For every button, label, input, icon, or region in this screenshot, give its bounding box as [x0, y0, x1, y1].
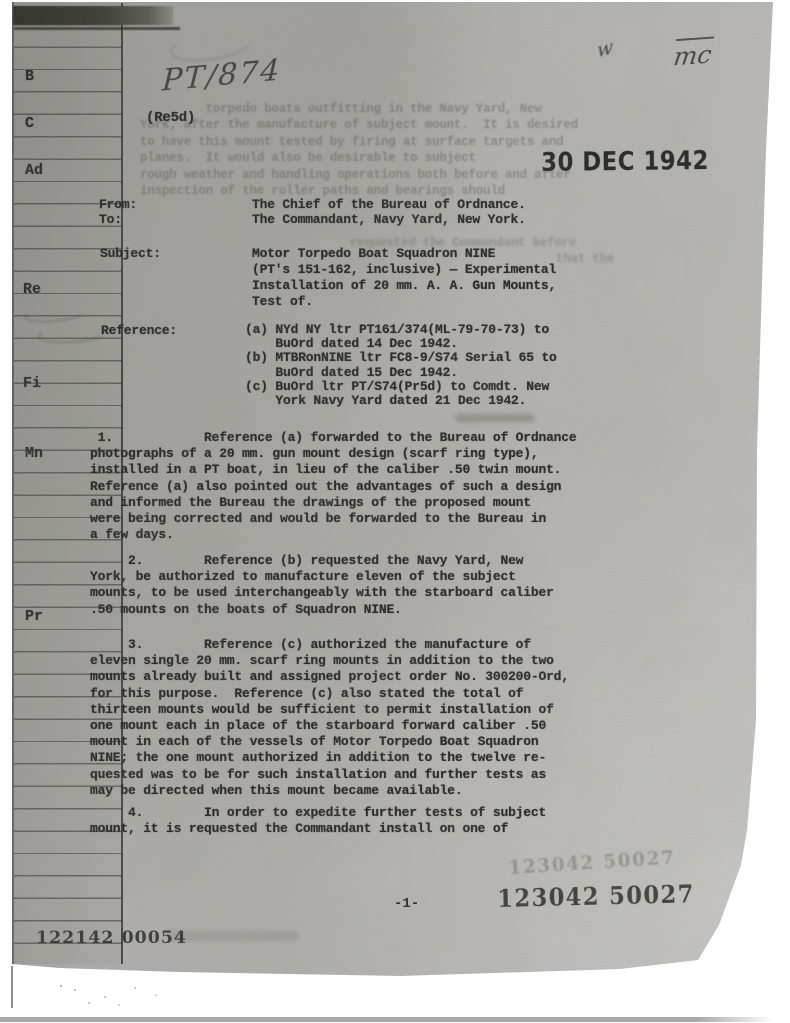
scanner-bed-edge [0, 1017, 790, 1022]
body-paragraph-2: 2. Reference (b) requested the Navy Yard… [90, 553, 770, 618]
body-paragraph-4: 4. In order to expedite further tests of… [90, 805, 770, 837]
margin-index-letter: Fi [23, 375, 41, 392]
from-value: The Chief of the Bureau of Ordnance. [252, 197, 526, 213]
handwritten-initials: mc [672, 36, 714, 71]
paper-left-edge [12, 2, 14, 964]
serial-stamp-ghost: 123042 50027 [508, 846, 676, 879]
body-paragraph-3: 3. Reference (c) authorized the manufact… [90, 637, 770, 799]
margin-index-letter: Mn [25, 445, 43, 462]
to-value: The Commandant, Navy Yard, New York. [252, 212, 526, 228]
margin-index-letter: Re [23, 281, 41, 298]
subject-label: Subject: [100, 246, 161, 262]
margin-index-letter: Pr [25, 608, 43, 625]
to-label: To: [99, 212, 122, 228]
dark-scan-line [14, 27, 180, 30]
scan-speckles [60, 985, 62, 987]
dark-scan-band [13, 6, 173, 25]
page-number: -1- [394, 896, 419, 912]
received-serial-stamp: 122142 00054 [36, 928, 187, 948]
from-label: From: [99, 197, 137, 213]
handwritten-initial-mark: w [597, 36, 613, 63]
ink-smudge [168, 930, 298, 942]
reference-list: (a) NYd NY ltr PT161/374(ML-79-70-73) to… [245, 323, 557, 408]
reference-label: Reference: [101, 323, 177, 339]
margin-index-letter: C [25, 115, 34, 132]
body-paragraph-1: 1. Reference (a) forwarded to the Bureau… [90, 430, 770, 543]
received-date-stamp: 30 DEC 1942 [541, 146, 709, 178]
ink-smudge [455, 414, 535, 422]
scanned-document-page: B C Ad Re Fi Mn Pr torpedo boats outfitt… [0, 0, 790, 1023]
subject-value: Motor Torpedo Boat Squadron NINE (PT's 1… [252, 246, 556, 310]
margin-index-letter: Ad [25, 162, 43, 179]
underlying-page-corner [11, 966, 13, 1008]
paper-sheet: B C Ad Re Fi Mn Pr torpedo boats outfitt… [0, 0, 790, 1023]
margin-index-letter: B [25, 68, 34, 85]
bleedthrough-fragment: that the [556, 251, 614, 267]
typed-file-code: (Re5d) [146, 110, 195, 126]
serial-stamp: 123042 50027 [497, 879, 695, 913]
